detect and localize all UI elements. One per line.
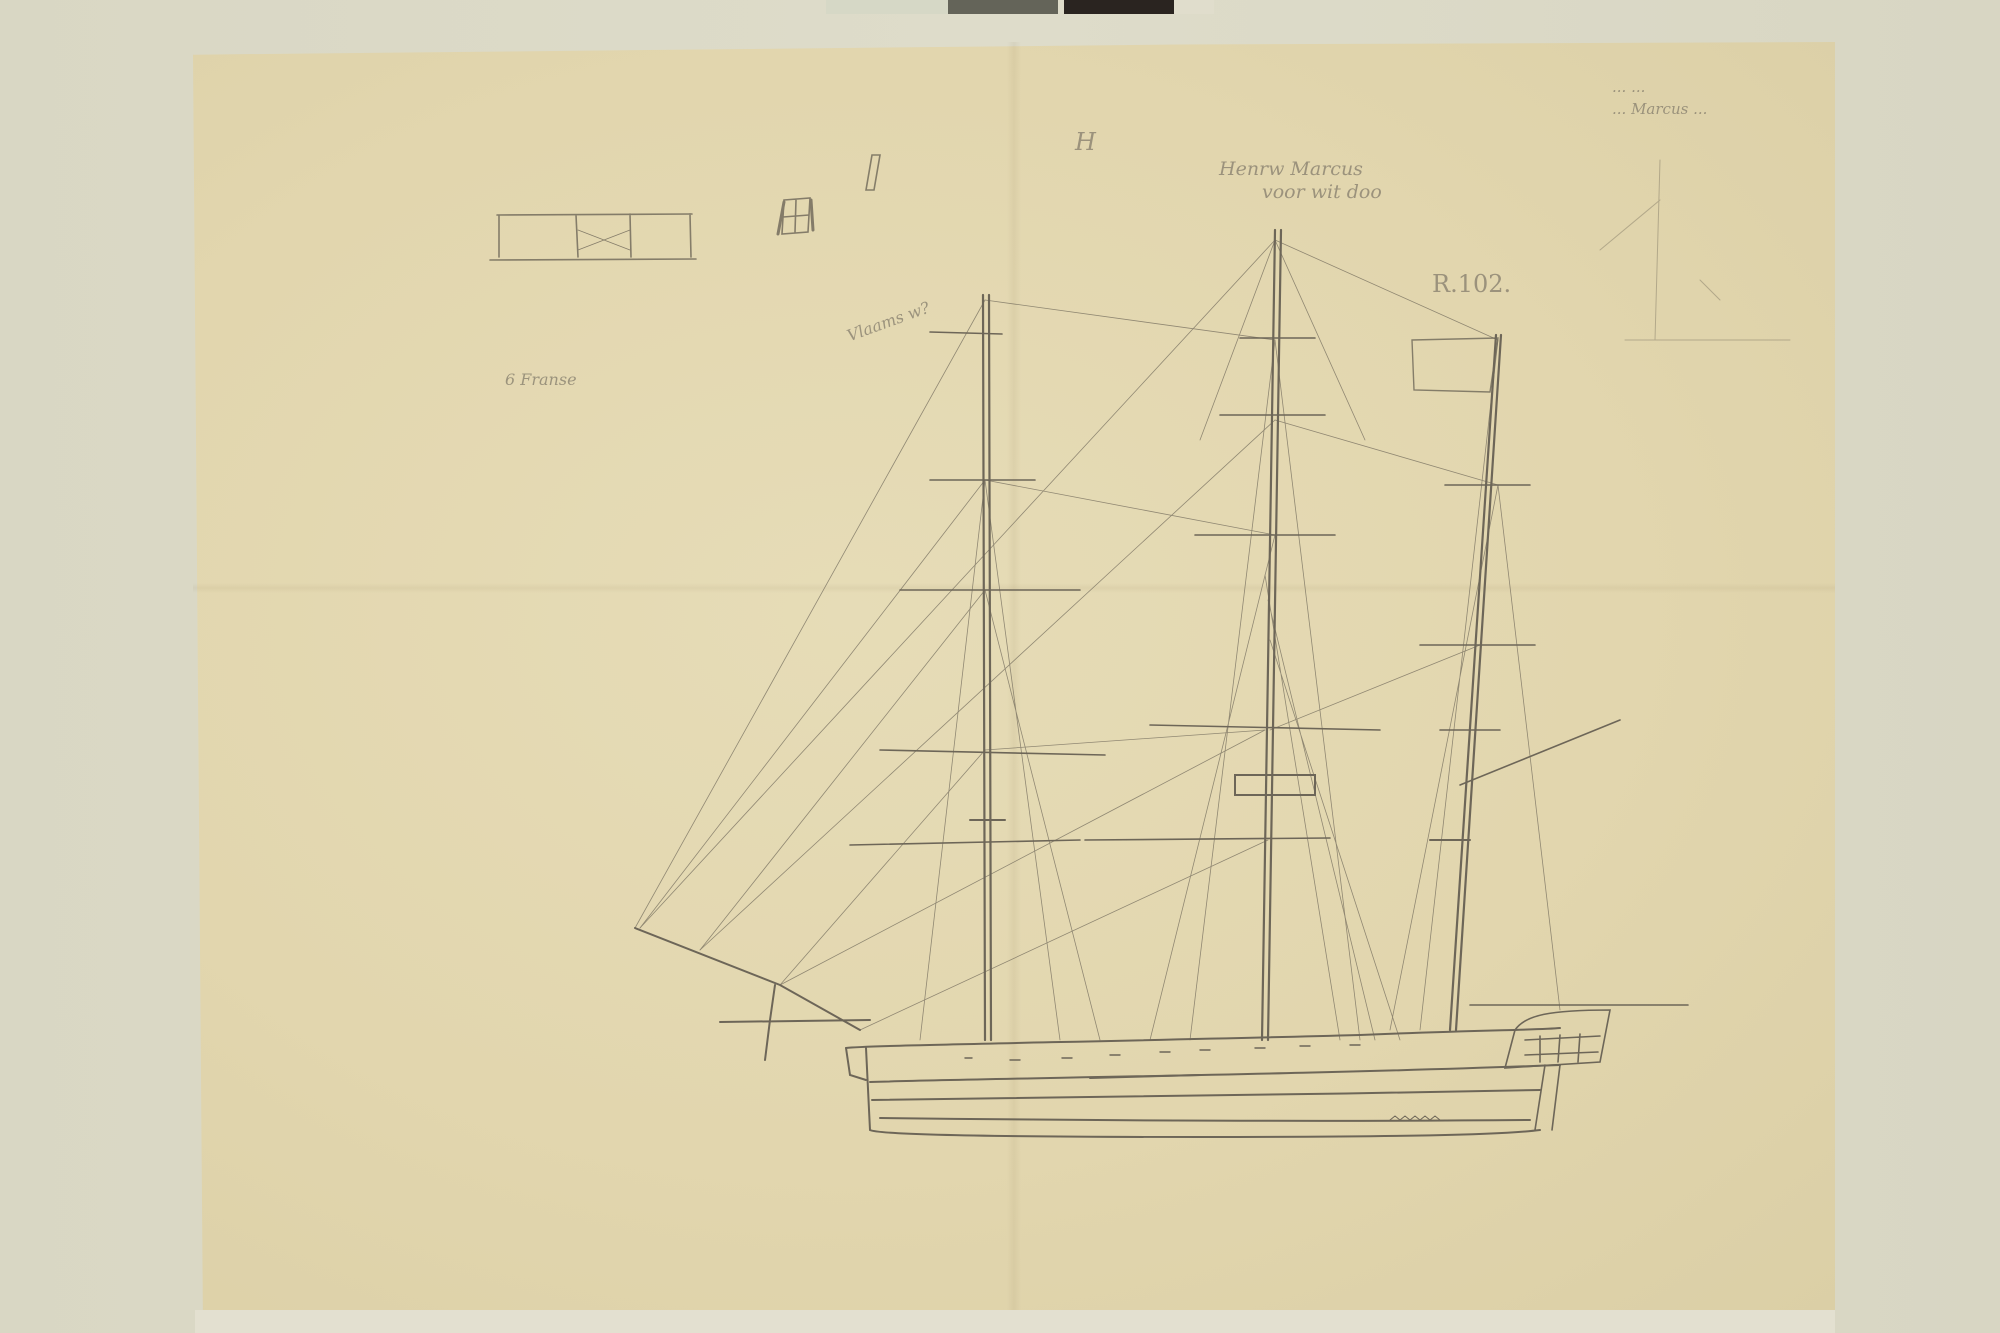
annotation-top-center-1: Henrw Marcus xyxy=(1219,158,1363,180)
rigging xyxy=(635,240,1560,1040)
faint-sketch-top-right xyxy=(1600,160,1790,340)
mizzen-flag xyxy=(1412,338,1498,392)
annotation-mid: H xyxy=(1075,128,1096,156)
main-yards xyxy=(1085,338,1380,840)
reference-label: R.102. xyxy=(1432,270,1511,298)
ship-sketch xyxy=(0,0,2000,1333)
hull xyxy=(846,1028,1560,1137)
annotation-left: 6 Franse xyxy=(505,370,577,389)
rail-sketch xyxy=(490,214,696,260)
window-sketch xyxy=(778,198,813,234)
fore-yards xyxy=(850,332,1105,845)
spanker-rig xyxy=(1460,720,1688,1005)
bowsprit xyxy=(635,928,870,1060)
masts xyxy=(983,230,1501,1040)
annotation-top-center-2: voor wit doo xyxy=(1262,181,1382,203)
waterline-zigzag xyxy=(1390,1116,1440,1120)
annotation-top-right-2: ... Marcus ... xyxy=(1612,100,1707,118)
annotation-top-right-1: ... ... xyxy=(1612,78,1645,96)
fighting-tops xyxy=(970,775,1470,840)
plank-sketch xyxy=(866,155,880,190)
